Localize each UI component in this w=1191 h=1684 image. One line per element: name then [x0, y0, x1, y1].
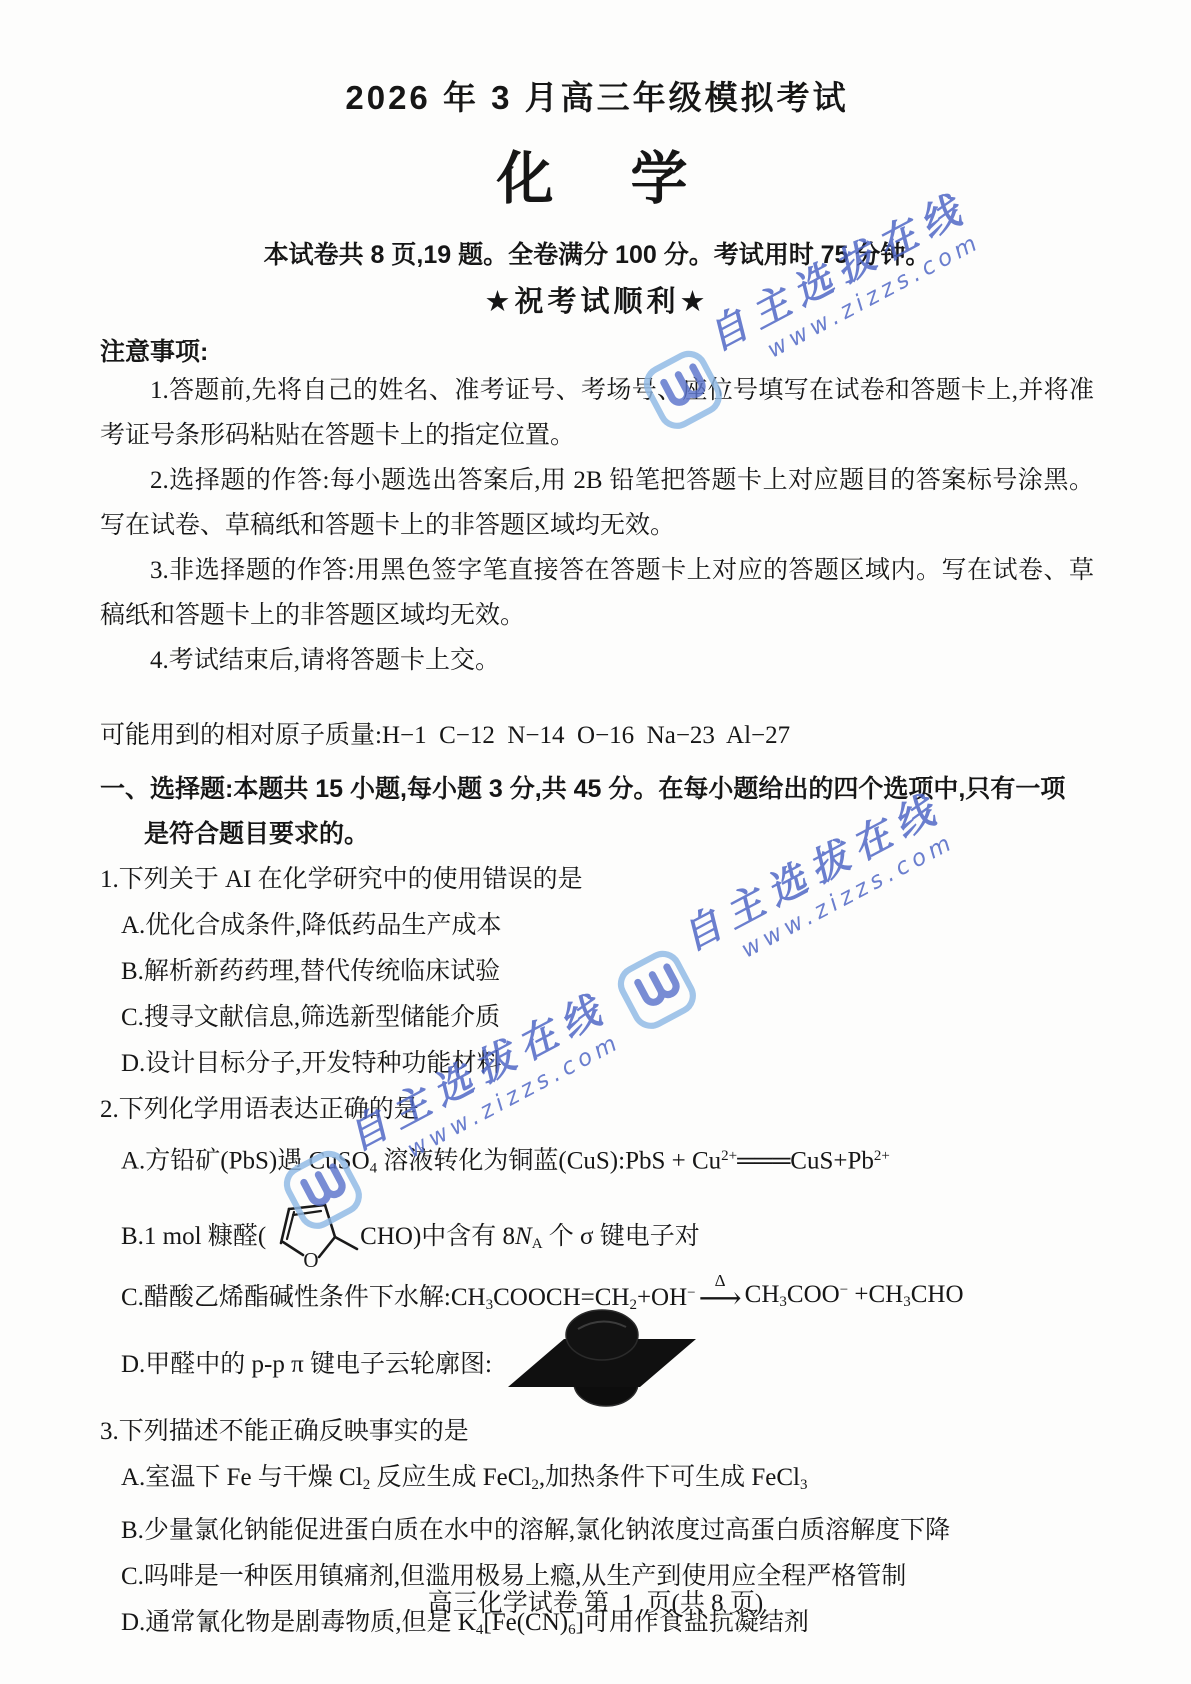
q2-option-b-text-pre: B.1 mol 糠醛( [121, 1216, 266, 1252]
q2-option-d-label: D.甲醛中的 p-p π 键电子云轮廓图: [121, 1344, 492, 1380]
page-footer: 高三化学试卷 第 1 页(共 8 页) [0, 1583, 1191, 1619]
notice-heading: 注意事项: [100, 332, 1094, 368]
q1-option-d: D.设计目标分子,开发特种功能材料 [100, 1041, 1094, 1087]
q1-option-a: A.优化合成条件,降低药品生产成本 [100, 903, 1094, 949]
notice-item-4: 4.考试结束后,请将答题卡上交。 [100, 638, 1094, 683]
q3-stem: 3.下列描述不能正确反映事实的是 [100, 1409, 1094, 1455]
q3-option-b: B.少量氯化钠能促进蛋白质在水中的溶解,氯化钠浓度过高蛋白质溶解度下降 [100, 1508, 1094, 1554]
q1-stem: 1.下列关于 AI 在化学研究中的使用错误的是 [100, 857, 1094, 903]
page-content: 2026 年 3 月高三年级模拟考试 化 学 本试卷共 8 页,19 题。全卷满… [100, 0, 1094, 1653]
right-arrow-icon: ⟶ [699, 1288, 742, 1310]
furan-ring-diagram: O [267, 1195, 359, 1273]
q1-option-b: B.解析新药药理,替代传统临床试验 [100, 949, 1094, 995]
page-title: 2026 年 3 月高三年级模拟考试 [100, 72, 1094, 119]
q2-option-d: D.甲醛中的 p-p π 键电子云轮廓图: [100, 1315, 1094, 1409]
notice-list: 1.答题前,先将自己的姓名、准考证号、考场号、座位号填写在试卷和答题卡上,并将准… [100, 368, 1094, 683]
exam-paper-page: 2026 年 3 月高三年级模拟考试 化 学 本试卷共 8 页,19 题。全卷满… [0, 0, 1191, 1684]
q3-option-a: A.室温下 Fe 与干燥 Cl2 反应生成 FeCl2,加热条件下可生成 FeC… [100, 1455, 1094, 1508]
notice-item-2: 2.选择题的作答:每小题选出答案后,用 2B 铅笔把答题卡上对应题目的答案标号涂… [100, 458, 1094, 548]
exam-info-line: 本试卷共 8 页,19 题。全卷满分 100 分。考试用时 75 分钟。 [100, 235, 1094, 271]
section-one-heading: 一、选择题:本题共 15 小题,每小题 3 分,共 45 分。在每小题给出的四个… [100, 767, 1094, 857]
pi-bond-electron-cloud-diagram [500, 1309, 700, 1409]
q2-option-b: B.1 mol 糠醛( O CHO)中含有 8NA 个 σ 键电子对 [100, 1191, 1094, 1277]
q2-stem: 2.下列化学用语表达正确的是 [100, 1087, 1094, 1133]
section-one-heading-line2: 是符合题目要求的。 [100, 812, 1094, 857]
q1-option-c: C.搜寻文献信息,筛选新型储能介质 [100, 995, 1094, 1041]
furan-oxygen-label: O [304, 1248, 319, 1272]
q2-option-b-text-post: CHO)中含有 8NA 个 σ 键电子对 [360, 1216, 700, 1253]
notice-item-1: 1.答题前,先将自己的姓名、准考证号、考场号、座位号填写在试卷和答题卡上,并将准… [100, 368, 1094, 458]
q2-option-a: A.方铅矿(PbS)遇 CuSO4 溶液转化为铜蓝(CuS):PbS + Cu2… [100, 1133, 1094, 1191]
notice-item-3: 3.非选择题的作答:用黑色签字笔直接答在答题卡上对应的答题区域内。写在试卷、草稿… [100, 548, 1094, 638]
subject-title: 化 学 [100, 133, 1094, 215]
heated-reaction-arrow: Δ ⟶ [699, 1273, 742, 1310]
atomic-mass-line: 可能用到的相对原子质量:H−1 C−12 N−14 O−16 Na−23 Al−… [100, 715, 1094, 757]
q2-option-c-text-post: CH3COO− +CH3CHO [745, 1281, 964, 1311]
spacer [100, 683, 1094, 715]
wish-banner: ★祝考试顺利★ [100, 279, 1094, 320]
section-one-heading-line1: 一、选择题:本题共 15 小题,每小题 3 分,共 45 分。在每小题给出的四个… [100, 767, 1094, 812]
